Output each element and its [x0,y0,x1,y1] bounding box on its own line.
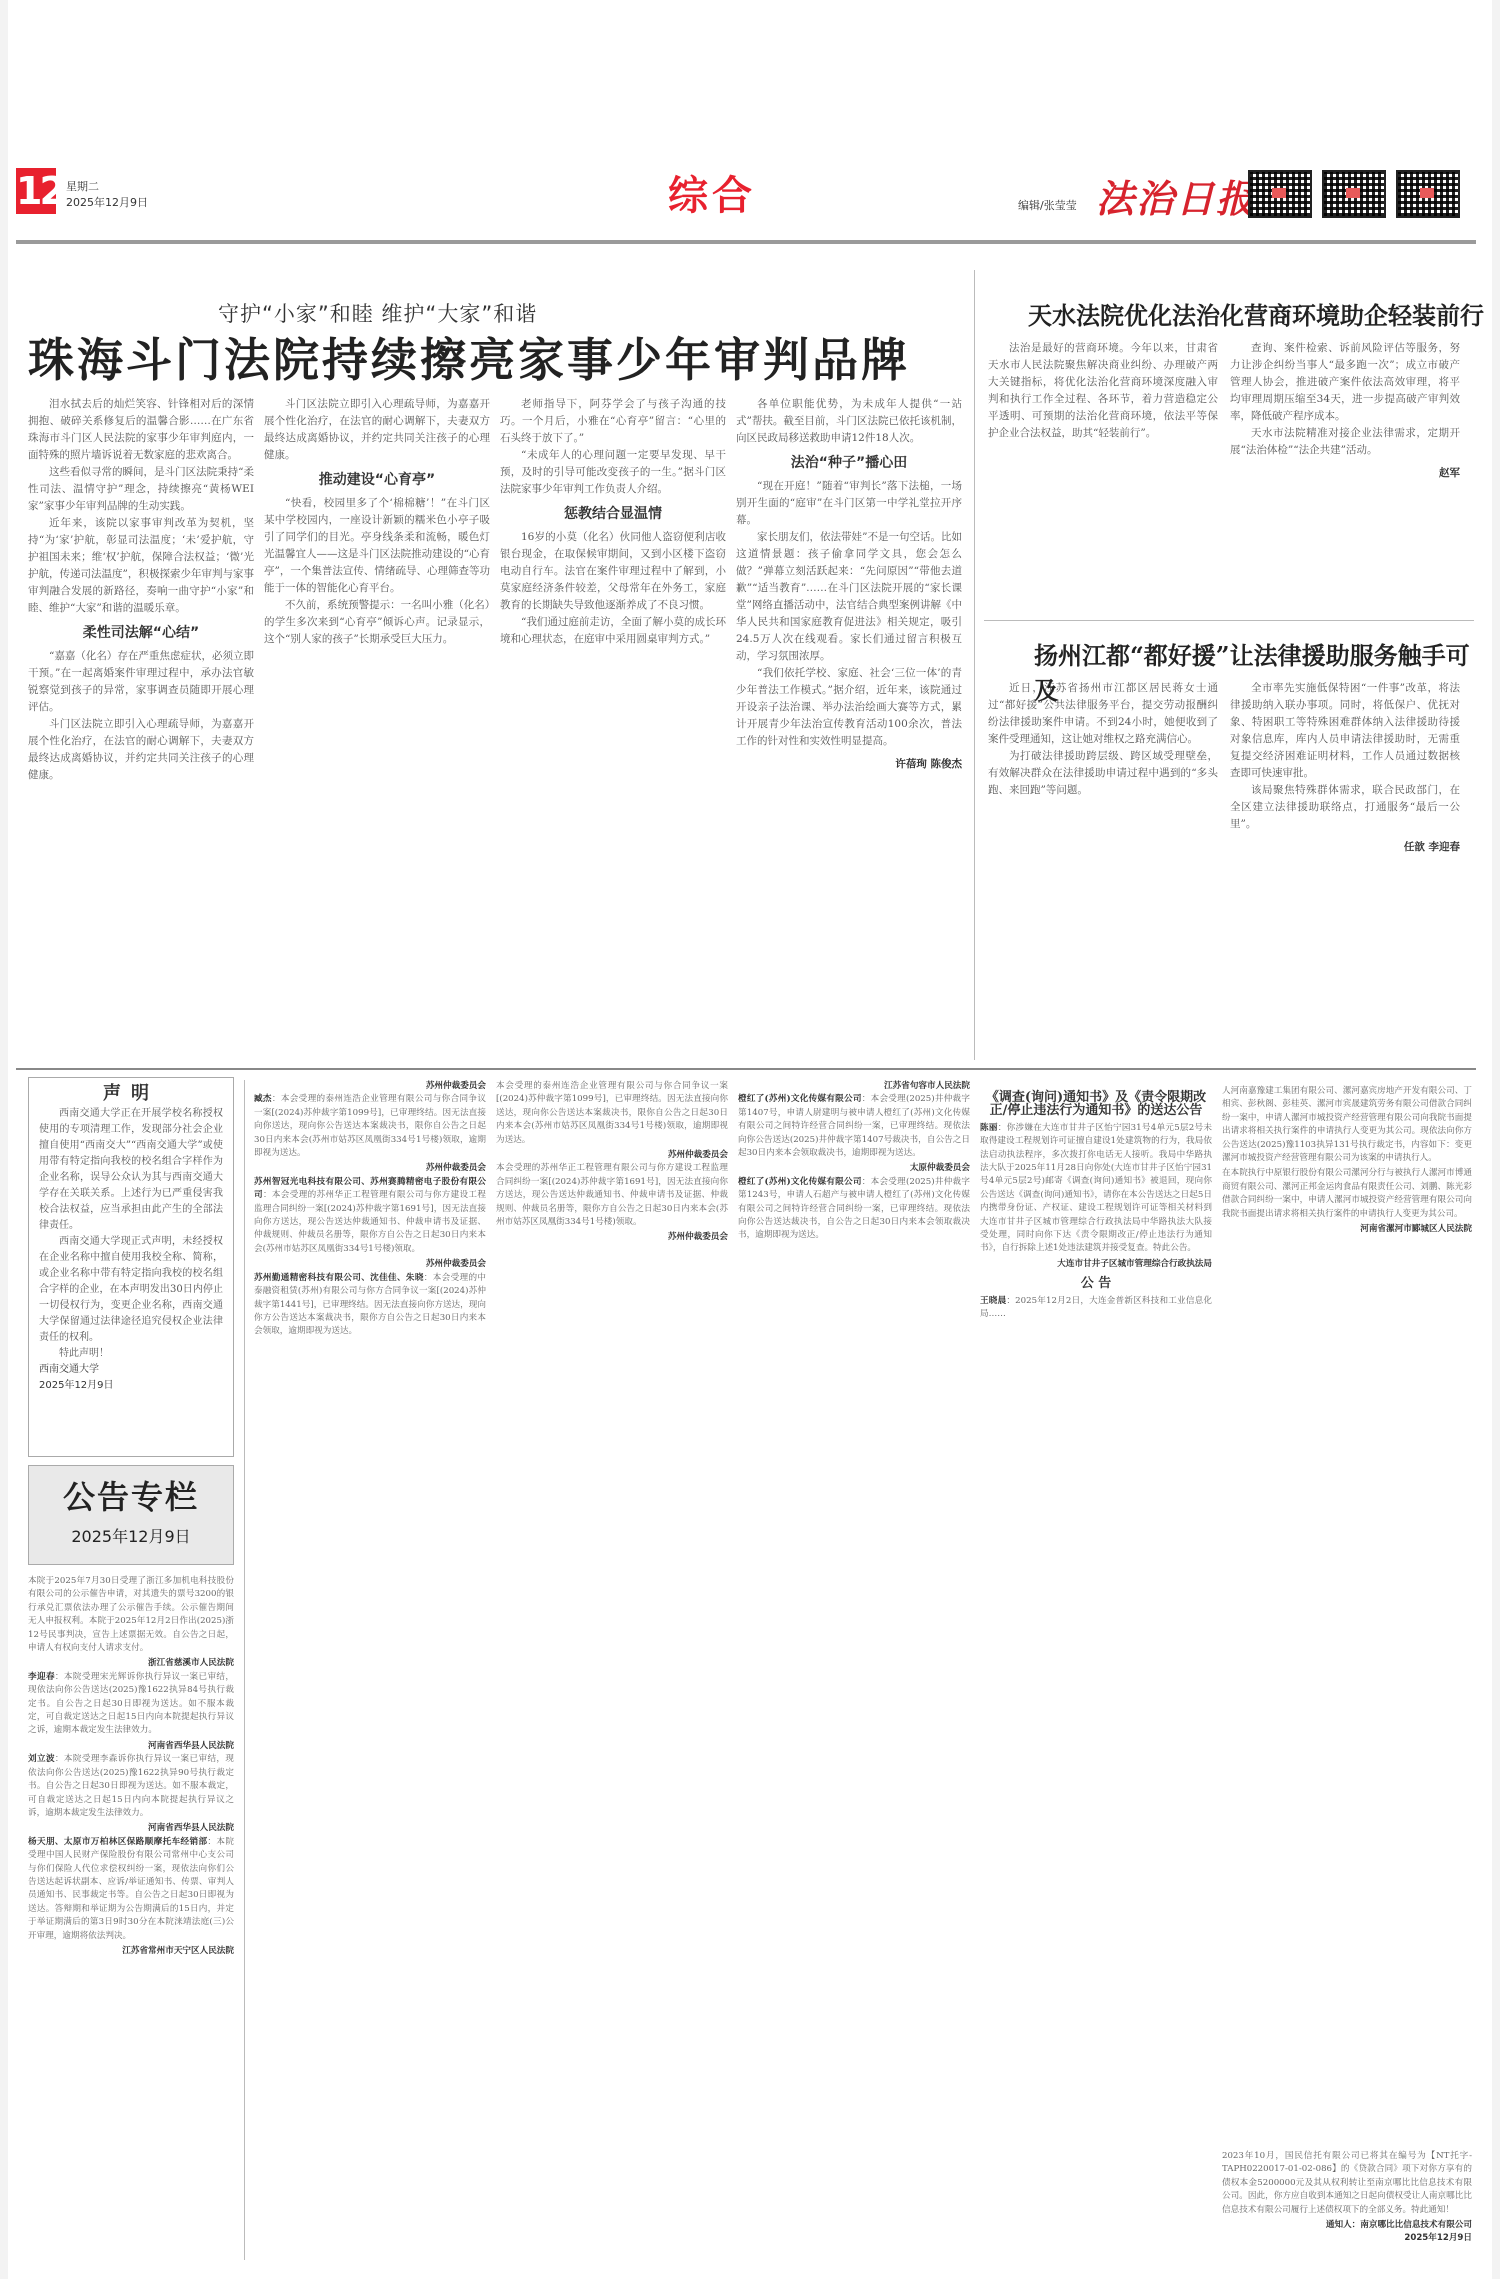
side-article-1-column-1: 法治是最好的营商环境。今年以来，甘肃省天水市人民法院聚焦解决商业纠纷、办理破产两… [988,340,1218,610]
paragraph: 泪水拭去后的灿烂笑容、针锋相对后的深情拥抱、破碎关系修复后的温馨合影……在广东省… [28,396,254,464]
article-headline: 珠海斗门法院持续擦亮家事少年审判品牌 [28,324,910,390]
subhead: 法治“种子”播心田 [736,455,962,472]
paragraph: 16岁的小莫（化名）伙同他人盗窃便利店收银台现金，在取保候审期间，又到小区楼下盗… [500,529,726,614]
article-column-4: 各单位职能优势，为未成年人提供“一站式”帮扶。截至目前，斗门区法院已依托该机制，… [736,396,962,1056]
notice-subtitle: 公 告 [980,1277,1212,1290]
notice-item: 苏州勤通精密科技有限公司、沈佳佳、朱晓：本会受理的中泰融资租赁(苏州)有限公司与… [254,1272,486,1339]
paragraph: “我们依托学校、家庭、社会‘三位一体’的青少年普法工作模式。”据介绍，近年来，该… [736,665,962,750]
statement-signer: 西南交通大学 [39,1362,223,1378]
paragraph: 这些看似寻常的瞬间，是斗门区法院秉持“柔性司法、温情守护”理念，持续擦亮“黄杨W… [28,464,254,515]
statement-title: 声明 [39,1086,223,1102]
qr-code-icon [1248,170,1312,218]
announcement-header: 公告专栏 2025年12月9日 [28,1465,234,1565]
statement-box: 声明 西南交通大学正在开展学校名称授权使用的专项清理工作，发现部分社会企业擅自使… [28,1077,234,1457]
qr-code-icon [1396,170,1460,218]
article-column-3: 老师指导下，阿芬学会了与孩子沟通的技巧。一个月后，小雅在“心育亭”留言：“心里的… [500,396,726,1056]
issue-date: 2025年12月9日 [66,194,148,210]
notice-item: 橙红了(苏州)文化传媒有限公司：本会受理(2025)井仲裁字第1407号，申请人… [738,1093,970,1160]
notice-item: 臧杰：本会受理的泰州连浩企业管理有限公司与你合同争议一案[(2024)苏仲裁字第… [254,1093,486,1160]
notice-item: 李迎春：本院受理宋光辉诉你执行异议一案已审结，现依法向你公告送达(2025)豫1… [28,1671,234,1738]
paragraph: “快看，校园里多了个‘棉棉糖’！”在斗门区某中学校园内，一座设计新颖的糯米色小亭… [264,495,490,597]
notice-column-3: 江苏省句容市人民法院 橙红了(苏州)文化传媒有限公司：本会受理(2025)井仲裁… [738,1080,970,2265]
paragraph: 各单位职能优势，为未成年人提供“一站式”帮扶。截至目前，斗门区法院已依托该机制，… [736,396,962,447]
paragraph: 近年来，该院以家事审判改革为契机，坚持“为‘家’护航，彰显司法温度；‘未’爱护航… [28,515,254,617]
column-divider [244,1080,245,2260]
subhead: 推动建设“心育亭” [264,472,490,489]
notice-item: 苏州智冠光电科技有限公司、苏州赛腾精密电子股份有限公司：本会受理的苏州华正工程管… [254,1176,486,1256]
notice-issuer: 浙江省慈溪市人民法院 [28,1657,234,1670]
header-divider [16,240,1476,244]
paragraph: 为打破法律援助跨层级、跨区域受理壁垒，有效解决群众在法律援助申请过程中遇到的“多… [988,748,1218,799]
paragraph: 特此声明！ [39,1346,223,1362]
editor-credit: 编辑/张莹莹 [1018,197,1077,213]
notice-item: 在本院执行中原银行股份有限公司漯河分行与被执行人漯河市博通商贸有限公司、漯河正邦… [1222,1167,1472,1221]
paragraph: 该局聚焦特殊群体需求，联合民政部门，在全区建立法律援助联络点，打通服务“最后一公… [1230,782,1460,833]
paragraph: “未成年人的心理问题一定要早发现、早干预，及时的引导可能改变孩子的一生。”据斗门… [500,447,726,498]
paragraph: 家长朋友们，依法带娃”不是一句空话。比如这道情景题：孩子偷拿同学文具，您会怎么做… [736,529,962,665]
paragraph: “嘉嘉（化名）存在严重焦虑症状，必须立即干预。”在一起离婚案件审理过程中，承办法… [28,648,254,716]
announcement-title: 公告专栏 [29,1472,233,1518]
notice-title: 《调查(询问)通知书》及《责令限期改正/停止违法行为通知书》的送达公告 [980,1091,1212,1118]
notice-issuer: 太原仲裁委员会 [738,1162,970,1175]
page-number: 12 [16,168,56,214]
subhead: 惩教结合显温情 [500,506,726,523]
paragraph: 不久前，系统预警提示：一名叫小雅（化名）的学生多次来到“心育亭”倾诉心声。记录显… [264,597,490,648]
section-title: 综合 [668,164,756,221]
notice-item: 本会受理的泰州连浩企业管理有限公司与你合同争议一案[(2024)苏仲裁字第109… [496,1080,728,1147]
byline: 任歆 李迎春 [1230,839,1460,856]
notice-issuer: 苏州仲裁委员会 [254,1258,486,1271]
subhead: 柔性司法解“心结” [28,625,254,642]
paragraph: 斗门区法院立即引入心理疏导师，为嘉嘉开展个性化治疗，在法官的耐心调解下，夫妻双方… [28,716,254,784]
side-article-2-column-2: 全市率先实施低保特困“一件事”改革，将法律援助纳入联办事项。同时，将低保户、优抚… [1230,680,1460,1060]
side-headline-tianshui: 天水法院优化法治化营商环境助企轻装前行 [1028,296,1484,331]
notice-column-4: 《调查(询问)通知书》及《责令限期改正/停止违法行为通知书》的送达公告 陈丽：你… [980,1085,1212,2265]
qr-code-icon [1322,170,1386,218]
notice-issuer: 苏州仲裁委员会 [496,1149,728,1162]
notice-item: 人河南嘉豫建工集团有限公司、漯河嘉宾房地产开发有限公司、丁相宾、彭秋阁、彭桂英、… [1222,1085,1472,1165]
paragraph: 全市率先实施低保特困“一件事”改革，将法律援助纳入联办事项。同时，将低保户、优抚… [1230,680,1460,782]
notice-column-5: 人河南嘉豫建工集团有限公司、漯河嘉宾房地产开发有限公司、丁相宾、彭秋阁、彭桂英、… [1222,1085,1472,2145]
notice-item: 本会受理的苏州华正工程管理有限公司与你方建设工程监理合同纠纷一案[(2024)苏… [496,1162,728,1229]
notice-column-2b: 本会受理的泰州连浩企业管理有限公司与你合同争议一案[(2024)苏仲裁字第109… [496,1080,728,2265]
paragraph: “我们通过庭前走访，全面了解小莫的成长环境和心理状态，在庭审中采用圆桌审判方式。… [500,614,726,648]
notice-issuer: 苏州仲裁委员会 [496,1231,728,1244]
paragraph: 老师指导下，阿芬学会了与孩子沟通的技巧。一个月后，小雅在“心育亭”留言：“心里的… [500,396,726,447]
newspaper-logo: 法治日报 [1096,168,1256,223]
paragraph: 西南交通大学现正式声明，未经授权在企业名称中擅自使用我校全称、简称，或企业名称中… [39,1234,223,1346]
notice-issuer: 苏州仲裁委员会 [254,1080,486,1093]
paragraph: 斗门区法院立即引入心理疏导师，为嘉嘉开展个性化治疗，在法官的耐心调解下，夫妻双方… [264,396,490,464]
debt-transfer-notice: 2023年10月，国民信托有限公司已将其在编号为【NT托字-TAPH022001… [1222,2150,1472,2270]
paragraph: 天水市法院精准对接企业法律需求，定期开展“法治体检”“法企共建”活动。 [1230,425,1460,459]
notice-issuer: 江苏省句容市人民法院 [738,1080,970,1093]
notice-issuer: 河南省漯河市郾城区人民法院 [1222,1223,1472,1236]
newspaper-page: 12 星期二 2025年12月9日 综合 编辑/张莹莹 法治日报 守护“小家”和… [8,0,1492,2279]
notice-item: 橙红了(苏州)文化传媒有限公司：本会受理(2025)井仲裁字第1243号，申请人… [738,1176,970,1243]
notice-item: 本院于2025年7月30日受理了浙江多加机电科技股份有限公司的公示催告申请，对其… [28,1575,234,1655]
column-divider [974,270,975,1060]
notice-issuer: 大连市甘井子区城市管理综合行政执法局 [980,1258,1212,1271]
article-column-1: 泪水拭去后的灿烂笑容、针锋相对后的深情拥抱、破碎关系修复后的温馨合影……在广东省… [28,396,254,1056]
article-column-2: 斗门区法院立即引入心理疏导师，为嘉嘉开展个性化治疗，在法官的耐心调解下，夫妻双方… [264,396,490,1056]
notice-item: 杨天朋、太原市万柏林区保路顺摩托车经销部：本院受理中国人民财产保险股份有限公司常… [28,1836,234,1943]
paragraph: “现在开庭！”随着“审判长”落下法槌，一场别开生面的“庭审”在斗门区第一中学礼堂… [736,478,962,529]
article-divider [984,620,1474,621]
notice-item: 陈丽：你涉嫌在大连市甘井子区怡宁园31号4单元5层2号未取得建设工程规划许可证擅… [980,1122,1212,1256]
section-divider [16,1068,1476,1070]
byline: 许蓓珣 陈俊杰 [736,756,962,773]
paragraph: 西南交通大学正在开展学校名称授权使用的专项清理工作，发现部分社会企业擅自使用“西… [39,1106,223,1234]
side-article-2-column-1: 近日，江苏省扬州市江都区居民蒋女士通过“都好援”公共法律服务平台，提交劳动报酬纠… [988,680,1218,1060]
byline: 赵军 [1230,465,1460,482]
weekday: 星期二 [66,178,99,194]
statement-date: 2025年12月9日 [39,1378,223,1394]
notice-column-1: 本院于2025年7月30日受理了浙江多加机电科技股份有限公司的公示催告申请，对其… [28,1575,234,2265]
notice-issuer: 江苏省常州市天宁区人民法院 [28,1945,234,1958]
notice-issuer: 河南省西华县人民法院 [28,1740,234,1753]
paragraph: 法治是最好的营商环境。今年以来，甘肃省天水市人民法院聚焦解决商业纠纷、办理破产两… [988,340,1218,442]
notice-column-2: 苏州仲裁委员会 臧杰：本会受理的泰州连浩企业管理有限公司与你合同争议一案[(20… [254,1080,486,2265]
notice-issuer: 河南省西华县人民法院 [28,1822,234,1835]
notice-issuer: 通知人：南京哪比比信息技术有限公司 [1222,2219,1472,2232]
notice-date: 2025年12月9日 [1222,2232,1472,2245]
paragraph: 近日，江苏省扬州市江都区居民蒋女士通过“都好援”公共法律服务平台，提交劳动报酬纠… [988,680,1218,748]
qr-code-group [1248,170,1460,218]
notice-item: 2023年10月，国民信托有限公司已将其在编号为【NT托字-TAPH022001… [1222,2150,1472,2217]
announcement-date: 2025年12月9日 [29,1524,233,1547]
notice-item: 刘立波：本院受理李森诉你执行异议一案已审结，现依法向你公告送达(2025)豫16… [28,1753,234,1820]
side-article-1-column-2: 查询、案件检索、诉前风险评估等服务，努力让涉企纠纷当事人“最多跑一次”；成立市破… [1230,340,1460,610]
paragraph: 查询、案件检索、诉前风险评估等服务，努力让涉企纠纷当事人“最多跑一次”；成立市破… [1230,340,1460,425]
notice-issuer: 苏州仲裁委员会 [254,1162,486,1175]
notice-item: 王晓晨：2025年12月2日，大连金普新区科技和工业信息化局…… [980,1295,1212,1322]
